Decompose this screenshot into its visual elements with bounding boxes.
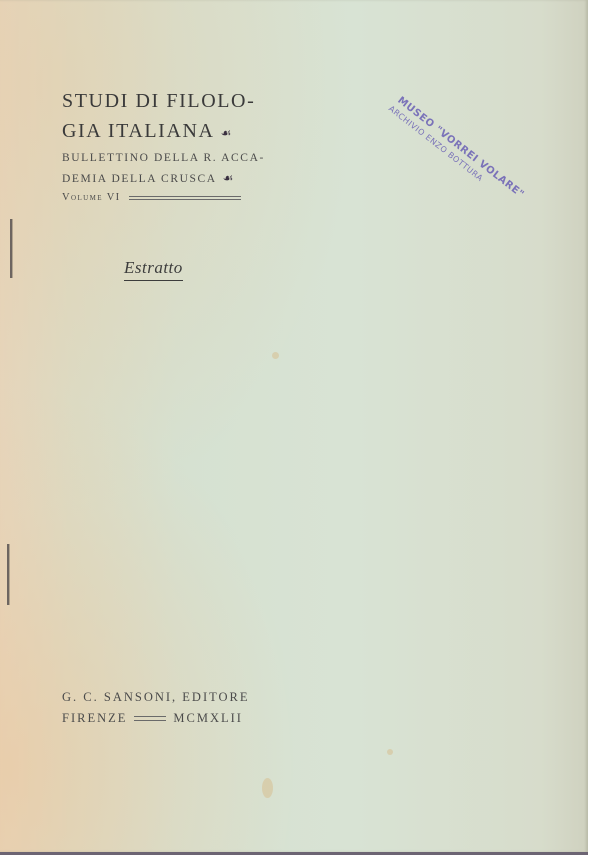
- subtitle-text: DEMIA DELLA CRUSCA: [62, 173, 217, 185]
- journal-title-block: STUDI DI FILOLO- GIA ITALIANA☙ BULLETTIN…: [62, 86, 282, 207]
- fleuron-icon: ☙: [221, 126, 232, 140]
- museum-stamp: MUSEO "VORREI VOLARE" ARCHIVIO ENZO BOTT…: [388, 95, 526, 209]
- publication-year: MCMXLII: [173, 708, 243, 729]
- publisher-place-year: FIRENZE MCMXLII: [62, 708, 292, 729]
- document-cover: STUDI DI FILOLO- GIA ITALIANA☙ BULLETTIN…: [0, 0, 588, 852]
- publisher-name: G. C. SANSONI, EDITORE: [62, 687, 292, 708]
- stamp-line-1: MUSEO "VORREI VOLARE": [395, 95, 526, 201]
- journal-title-line-2: GIA ITALIANA☙: [62, 116, 282, 148]
- paper-stain: [262, 778, 273, 798]
- subtitle-line-1: BULLETTINO DELLA R. ACCA-: [62, 148, 282, 168]
- volume-line: Volume VI: [62, 189, 282, 207]
- staple-bottom: [7, 544, 9, 605]
- volume-label: Volume VI: [62, 189, 121, 207]
- staple-top: [10, 219, 12, 278]
- journal-title-text: GIA ITALIANA: [62, 120, 215, 142]
- subtitle-line-2: DEMIA DELLA CRUSCA☙: [62, 168, 282, 189]
- paper-stain: [387, 749, 393, 755]
- fleuron-icon: ☙: [223, 171, 234, 185]
- publisher-block: G. C. SANSONI, EDITORE FIRENZE MCMXLII: [62, 687, 292, 729]
- publisher-city: FIRENZE: [62, 708, 127, 729]
- paper-stain: [272, 352, 279, 359]
- journal-title-line-1: STUDI DI FILOLO-: [62, 86, 282, 116]
- extract-label: Estratto: [124, 258, 183, 281]
- stamp-line-2: ARCHIVIO ENZO BOTTURA: [387, 104, 518, 209]
- double-rule-divider: [134, 716, 166, 721]
- double-rule-divider: [129, 196, 241, 200]
